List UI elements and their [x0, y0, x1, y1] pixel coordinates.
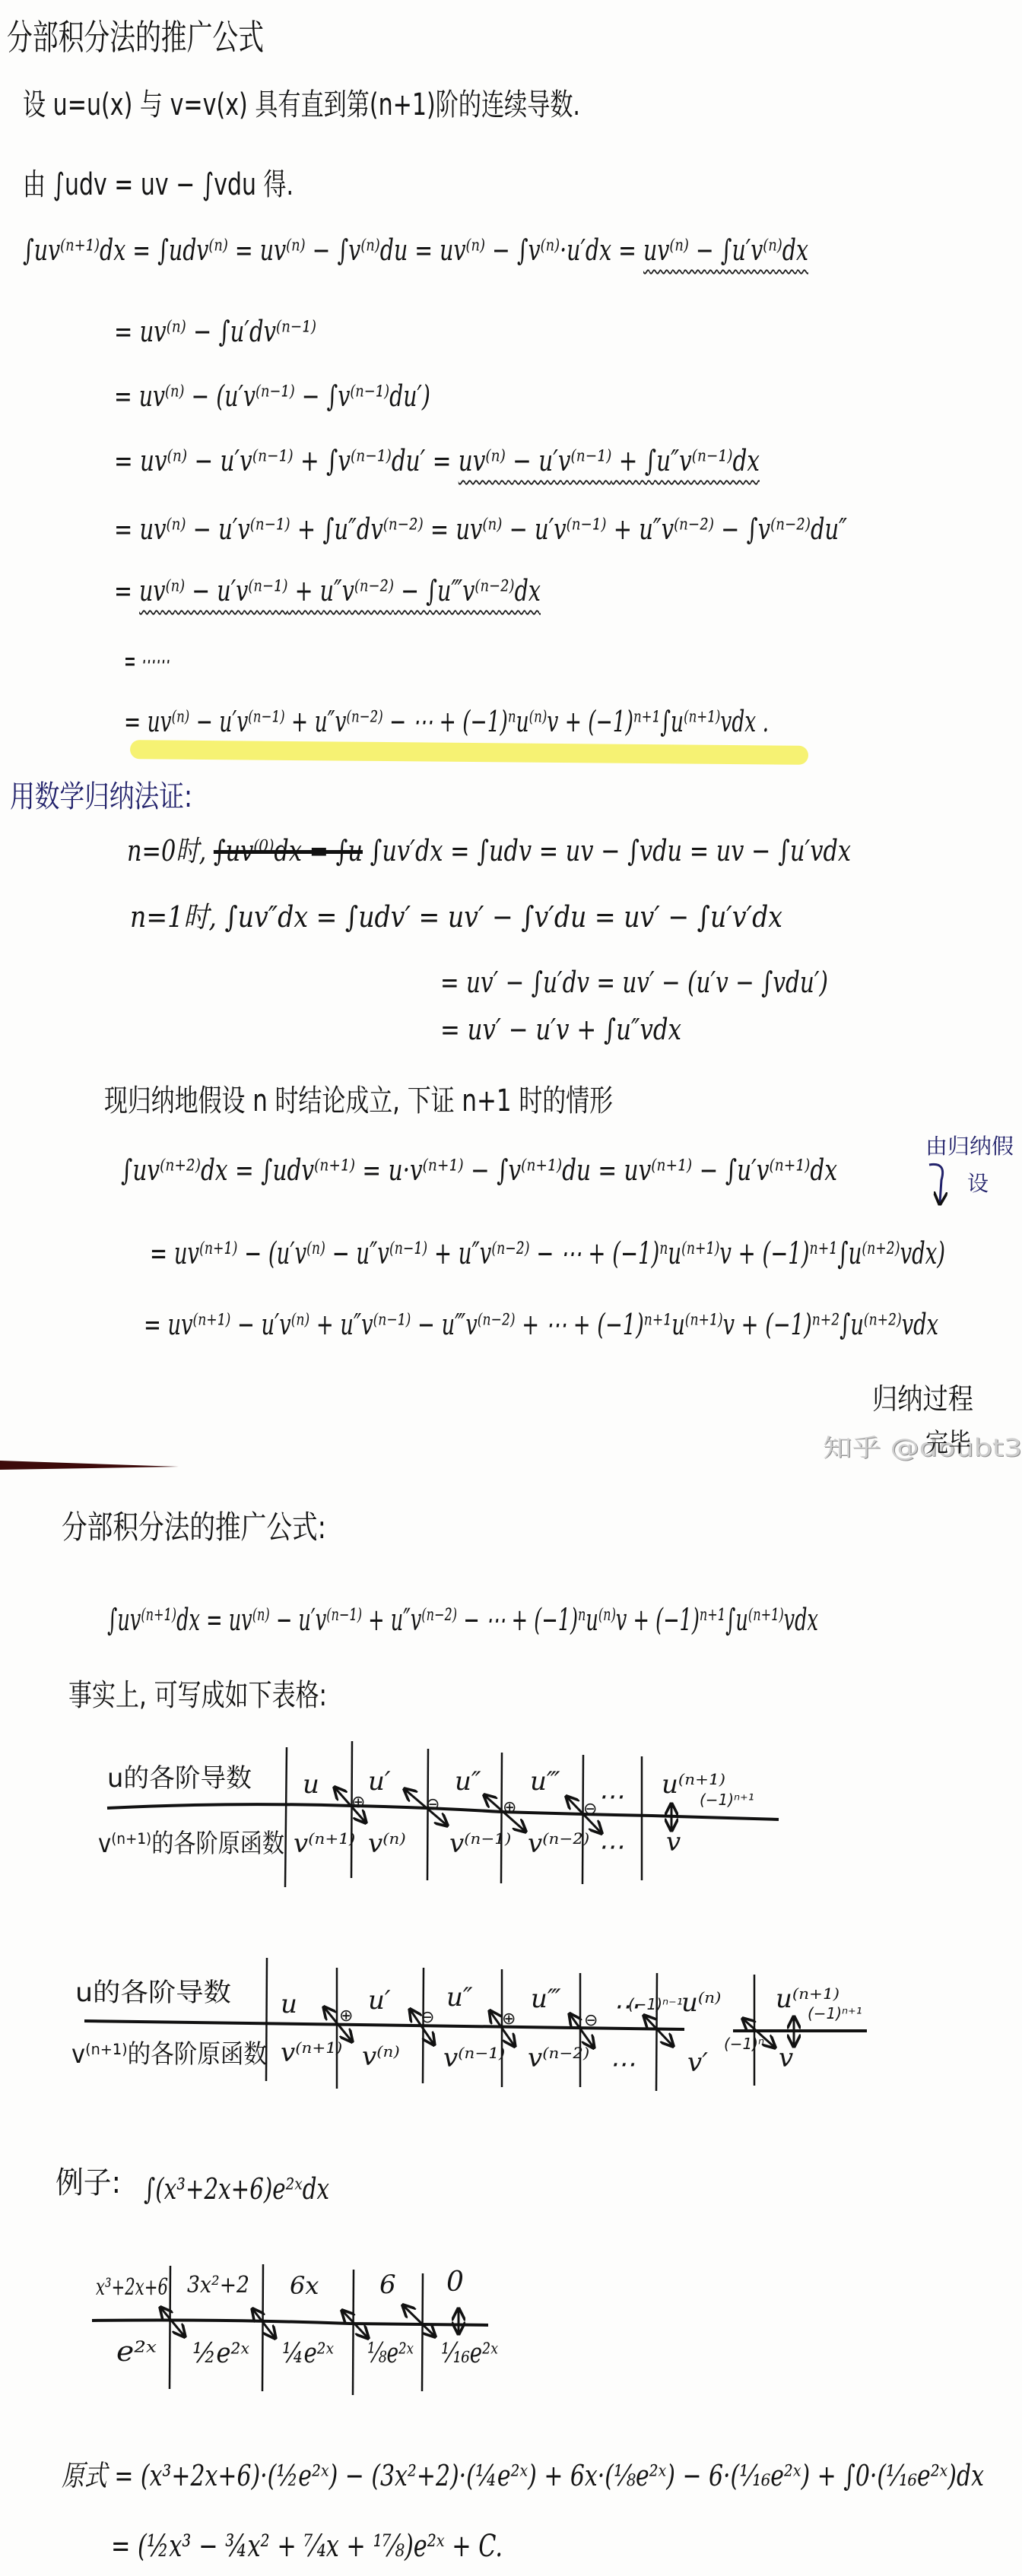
derivation-line-2: = uv⁽ⁿ⁾ − ∫u′dv⁽ⁿ⁻¹⁾	[114, 315, 316, 350]
handwritten-notes-page: 分部积分法的推广公式 设 u=u(x) 与 v=v(x) 具有直到第(n+1)阶…	[0, 0, 1022, 2576]
assumption-text: 设 u=u(x) 与 v=v(x) 具有直到第(n+1)阶的连续导数.	[23, 87, 580, 123]
example-table-top-cell: 0	[446, 2269, 464, 2296]
table2-row-label-derivatives: u的各阶导数	[75, 1980, 231, 2006]
minus-sign-icon: ⊖	[584, 2013, 598, 2029]
double-arrow-icon	[161, 2308, 184, 2336]
equation-text: =	[114, 574, 139, 608]
induction-case-n0: n=0时, ∫uv⁽⁰⁾dx = ∫u ∫uv′dx = ∫udv = uv −…	[127, 834, 851, 869]
equation-text: = uv⁽ⁿ⁾ − (u′v⁽ⁿ⁻¹⁾ − ∫v⁽ⁿ⁻¹⁾du′)	[114, 379, 430, 413]
table2-bottom-cell: v	[779, 2045, 793, 2071]
case-label: n=1时,	[130, 900, 217, 934]
table1-column-line	[582, 1755, 583, 1884]
derivation-line-6: = uv⁽ⁿ⁾ − u′v⁽ⁿ⁻¹⁾ + u″v⁽ⁿ⁻²⁾ − ∫u‴v⁽ⁿ⁻²…	[114, 574, 541, 609]
equation-text: ∫uv″dx = ∫udv′ = uv′ − ∫v′du = uv′ − ∫u′…	[224, 900, 782, 934]
table1-top-cell: u″	[455, 1769, 481, 1794]
plus-sign-icon: ⊕	[339, 2008, 353, 2025]
table1-divider-line	[107, 1804, 779, 1819]
table1-row-label-derivatives: u的各阶导数	[107, 1765, 252, 1791]
table1-bottom-cell: v⁽ⁿ⁾	[368, 1831, 406, 1857]
page-edge-shadow	[0, 1461, 179, 1470]
plus-sign-icon: ⊕	[503, 1800, 516, 1816]
table3-column-line	[170, 2266, 170, 2389]
equation-text: ∫uv′dx = ∫udv = uv − ∫vdu = uv − ∫u′vdx	[370, 834, 851, 868]
table1-column-line	[427, 1749, 428, 1880]
table1-top-cell: ⋯	[598, 1784, 624, 1810]
table2-bottom-cell: v⁽ⁿ⁾	[362, 2044, 400, 2070]
induction-case-n1-line-3: = uv′ − u′v + ∫u″vdx	[440, 1013, 681, 1048]
power-sign-label: (−1)ⁿ⁺¹	[700, 1792, 754, 1807]
table3-column-line	[353, 2270, 354, 2395]
table1-bottom-cell: ⋯	[598, 1834, 624, 1860]
equation-text: = ⋯⋯	[124, 644, 170, 677]
induction-case-n1-line-2: = uv′ − ∫u′dv = uv′ − (u′v − ∫vdu′)	[440, 966, 828, 1001]
induction-step-line-2: = uv⁽ⁿ⁺¹⁾ − (u′v⁽ⁿ⁾ − u″v⁽ⁿ⁻¹⁾ + u″v⁽ⁿ⁻²…	[150, 1236, 945, 1272]
example-solution-line-1: 原式 = (x³+2x+6)·(½e²ˣ) − (3x²+2)·(¼e²ˣ) +…	[62, 2459, 984, 2494]
table1-row-label-antiderivatives: v⁽ⁿ⁺¹⁾的各阶原函数	[98, 1831, 284, 1857]
derivation-result: = uv⁽ⁿ⁾ − u′v⁽ⁿ⁻¹⁾ + u″v⁽ⁿ⁻²⁾ − ⋯ + (−1)…	[124, 705, 769, 740]
table2-top-cell: u⁽ⁿ⁾	[681, 1990, 721, 2016]
table-intro-text: 事实上, 可写成如下表格:	[68, 1677, 327, 1714]
derivation-line-1: ∫uv⁽ⁿ⁺¹⁾dx = ∫udv⁽ⁿ⁾ = uv⁽ⁿ⁾ − ∫v⁽ⁿ⁾du =…	[23, 233, 808, 268]
table3-divider-line	[92, 2321, 488, 2326]
watermark: 知乎 @doubt3	[823, 1436, 1022, 1460]
equation-text: ∫uv⁽ⁿ⁺¹⁾dx = ∫udv⁽ⁿ⁾ = uv⁽ⁿ⁾ − ∫v⁽ⁿ⁾du =…	[23, 233, 643, 267]
example-table-top-cell: 3x²+2	[187, 2274, 249, 2297]
table2-column-line	[656, 1973, 657, 2091]
table3-column-line	[262, 2264, 263, 2391]
equation-text: = uv⁽ⁿ⁾ − ∫u′dv⁽ⁿ⁻¹⁾	[114, 315, 316, 348]
double-arrow-icon	[343, 2311, 367, 2337]
double-arrow-icon	[253, 2310, 275, 2337]
example-label: 例子:	[56, 2165, 121, 2201]
equation-text: = uv⁽ⁿ⁾ − u′v⁽ⁿ⁻¹⁾ + ∫v⁽ⁿ⁻¹⁾du′ =	[114, 444, 459, 477]
yellow-highlight-stroke	[130, 740, 808, 765]
page2-title: 分部积分法的推广公式:	[62, 1508, 326, 1547]
case-label: n=0时,	[127, 834, 206, 868]
example-table-bottom-cell: ½e²ˣ	[192, 2340, 249, 2368]
side-note-arrow-icon	[929, 1164, 943, 1203]
table1-top-cell: u‴	[530, 1769, 560, 1794]
wavy-underlined-term: + ∫u″v⁽ⁿ⁻¹⁾dx	[611, 444, 760, 477]
example-solution-line-2: = (½x³ − ¾x² + ⁷⁄₄x + ¹⁷⁄₈)e²ˣ + C.	[111, 2528, 503, 2565]
wavy-underlined-term: − ∫u‴v⁽ⁿ⁻²⁾dx	[394, 574, 541, 608]
example-integral: ∫(x³+2x+6)e²ˣdx	[144, 2172, 329, 2207]
derivation-line-3: = uv⁽ⁿ⁾ − (u′v⁽ⁿ⁻¹⁾ − ∫v⁽ⁿ⁻¹⁾du′)	[114, 379, 430, 414]
table2-bottom-cell: v⁽ⁿ⁺¹⁾	[281, 2040, 342, 2066]
wavy-underlined-term: uv⁽ⁿ⁾ − u′v⁽ⁿ⁻¹⁾	[459, 444, 612, 477]
double-arrow-icon	[404, 2306, 434, 2336]
induction-case-n1: n=1时, ∫uv″dx = ∫udv′ = uv′ − ∫v′du = uv′…	[130, 900, 782, 935]
derivation-line-4: = uv⁽ⁿ⁾ − u′v⁽ⁿ⁻¹⁾ + ∫v⁽ⁿ⁻¹⁾du′ = uv⁽ⁿ⁾ …	[114, 444, 760, 479]
table2-top-cell: u‴	[531, 1986, 561, 2012]
table1-top-cell: u′	[368, 1769, 391, 1794]
example-table-bottom-cell: ¼e²ˣ	[282, 2340, 334, 2368]
table2-top-cell: u″	[446, 1984, 473, 2010]
closing-note-line-2: 完毕	[925, 1428, 971, 1459]
table1-column-line	[285, 1747, 287, 1887]
table2-bottom-cell: v⁽ⁿ⁻¹⁾	[443, 2045, 505, 2071]
double-arrow-icon	[645, 2016, 672, 2045]
basis-formula: 由 ∫udv = uv − ∫vdu 得.	[23, 167, 294, 203]
closing-note-line-1: 归纳过程	[872, 1382, 973, 1417]
induction-heading: 用数学归纳法证:	[10, 779, 192, 815]
example-table-top-cell: 6	[379, 2272, 396, 2298]
table3-arrows	[161, 2306, 459, 2337]
example-table-bottom-cell: ⅛e²ˣ	[367, 2340, 414, 2368]
table2-row-label-antiderivatives: v⁽ⁿ⁺¹⁾的各阶原函数	[71, 2041, 267, 2067]
derivation-line-5: = uv⁽ⁿ⁾ − u′v⁽ⁿ⁻¹⁾ + ∫u″dv⁽ⁿ⁻²⁾ = uv⁽ⁿ⁾ …	[114, 512, 847, 547]
minus-sign-icon: ⊖	[426, 1797, 440, 1813]
wavy-underlined-term: uv⁽ⁿ⁾ − u′v⁽ⁿ⁻¹⁾	[139, 574, 287, 608]
equation-text: = uv⁽ⁿ⁾ − u′v⁽ⁿ⁻¹⁾ + ∫u″dv⁽ⁿ⁻²⁾ = uv⁽ⁿ⁾ …	[114, 512, 847, 546]
derivation-ellipsis-line: = ⋯⋯	[124, 644, 170, 679]
general-formula: ∫uv⁽ⁿ⁺¹⁾dx = uv⁽ⁿ⁾ − u′v⁽ⁿ⁻¹⁾ + u″v⁽ⁿ⁻²⁾…	[107, 1602, 818, 1639]
table2-bottom-cell: v′	[687, 2050, 708, 2076]
table2-bottom-cell: v⁽ⁿ⁻²⁾	[528, 2045, 589, 2071]
side-note-line-2: 设	[967, 1171, 989, 1197]
table1-bottom-cell: v⁽ⁿ⁻²⁾	[528, 1831, 589, 1857]
power-sign-label: (−1)ⁿ	[724, 2036, 764, 2051]
table1-column-line	[501, 1753, 502, 1883]
plus-sign-icon: ⊕	[502, 2011, 516, 2028]
induction-hypothesis: 现归纳地假设 n 时结论成立, 下证 n+1 时的情形	[104, 1083, 613, 1119]
power-sign-label: (−1)ⁿ⁺¹	[808, 2006, 862, 2021]
example-table-top-cell: x³+2x+6	[96, 2276, 168, 2299]
table1-bottom-cell: v⁽ⁿ⁻¹⁾	[449, 1831, 511, 1857]
example-table-top-cell: 6x	[290, 2273, 319, 2298]
wavy-underlined-term: + u″v⁽ⁿ⁻²⁾	[288, 574, 395, 608]
minus-sign-icon: ⊖	[421, 2010, 434, 2026]
table1-bottom-cell: v	[666, 1829, 681, 1855]
table3-column-line	[422, 2273, 423, 2391]
example-table-bottom-cell: ¹⁄₁₆e²ˣ	[441, 2340, 498, 2368]
example-table-bottom-cell: e²ˣ	[116, 2339, 157, 2366]
power-sign-label: (−1)ⁿ⁻¹	[628, 1997, 683, 2012]
side-note-line-1: 由归纳假	[925, 1134, 1014, 1160]
table2-top-cell: u	[281, 1991, 297, 2017]
induction-step-line-3: = uv⁽ⁿ⁺¹⁾ − u′v⁽ⁿ⁾ + u″v⁽ⁿ⁻¹⁾ − u‴v⁽ⁿ⁻²⁾…	[144, 1308, 938, 1343]
page1-title: 分部积分法的推广公式	[7, 17, 264, 59]
plus-sign-icon: ⊕	[351, 1794, 365, 1811]
minus-sign-icon: ⊖	[583, 1801, 597, 1818]
table2-top-cell: u′	[368, 1988, 391, 2013]
struck-out-text: ∫uv⁽⁰⁾dx = ∫u	[214, 834, 363, 868]
table1-top-cell: u	[303, 1772, 319, 1797]
table1-bottom-cell: v⁽ⁿ⁺¹⁾	[294, 1831, 355, 1857]
table2-bottom-cell: ⋯	[609, 2051, 635, 2077]
wavy-underlined-term: uv⁽ⁿ⁾ − ∫u′v⁽ⁿ⁾dx	[643, 233, 808, 267]
induction-step-line-1: ∫uv⁽ⁿ⁺²⁾dx = ∫udv⁽ⁿ⁺¹⁾ = u·v⁽ⁿ⁺¹⁾ − ∫v⁽ⁿ…	[121, 1153, 837, 1188]
